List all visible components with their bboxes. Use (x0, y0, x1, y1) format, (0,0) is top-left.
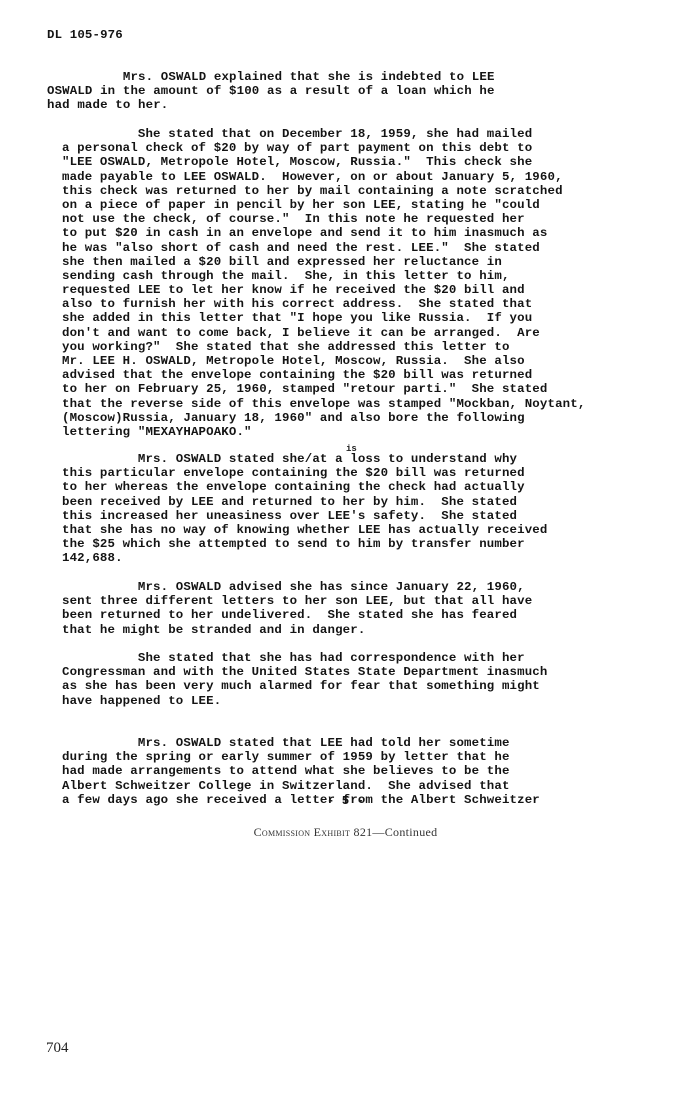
exhibit-number: 821 (354, 825, 373, 839)
text-line: advised that the envelope containing the… (62, 368, 585, 382)
text-line: not use the check, of course." In this n… (62, 212, 585, 226)
text-line: made payable to LEE OSWALD. However, on … (62, 170, 585, 184)
text-line: had made arrangements to attend what she… (62, 764, 540, 778)
paragraph-loan: Mrs. OSWALD explained that she is indebt… (47, 70, 495, 113)
text-line: have happened to LEE. (62, 694, 547, 708)
text-line: She stated that on December 18, 1959, sh… (62, 127, 585, 141)
exhibit-prefix: Commission Exhibit (254, 825, 351, 839)
book-page-number: 704 (46, 1040, 69, 1057)
text-line: Mrs. OSWALD stated she/at a loss to unde… (62, 452, 547, 466)
text-line: OSWALD in the amount of $100 as a result… (47, 84, 495, 98)
text-line: "LEE OSWALD, Metropole Hotel, Moscow, Ru… (62, 155, 585, 169)
page-marker: - 5 - (0, 794, 691, 808)
text-line: been received by LEE and returned to her… (62, 495, 547, 509)
paragraph-undelivered-letters: Mrs. OSWALD advised she has since Januar… (62, 580, 532, 637)
text-line: lettering "MEXAYHAPOAKO." (62, 425, 585, 439)
document-page: DL 105-976 Mrs. OSWALD explained that sh… (0, 0, 691, 1094)
text-line: Mr. LEE H. OSWALD, Metropole Hotel, Mosc… (62, 354, 585, 368)
text-line: she then mailed a $20 bill and expressed… (62, 255, 585, 269)
text-line: she added in this letter that "I hope yo… (62, 311, 585, 325)
text-line: this particular envelope containing the … (62, 466, 547, 480)
text-line: that the reverse side of this envelope w… (62, 397, 585, 411)
text-line: sent three different letters to her son … (62, 594, 532, 608)
text-line: been returned to her undelivered. She st… (62, 608, 532, 622)
text-line: don't and want to come back, I believe i… (62, 326, 585, 340)
text-line: to put $20 in cash in an envelope and se… (62, 226, 585, 240)
text-line: to her on February 25, 1960, stamped "re… (62, 382, 585, 396)
text-line: during the spring or early summer of 195… (62, 750, 540, 764)
text-line: 142,688. (62, 551, 547, 565)
text-line: he was "also short of cash and need the … (62, 241, 585, 255)
text-line: on a piece of paper in pencil by her son… (62, 198, 585, 212)
text-line: that she has no way of knowing whether L… (62, 523, 547, 537)
text-line: Mrs. OSWALD advised she has since Januar… (62, 580, 532, 594)
paragraph-returned-envelope: Mrs. OSWALD stated she/at a loss to unde… (62, 452, 547, 566)
text-line: that he might be stranded and in danger. (62, 623, 532, 637)
text-line: Mrs. OSWALD stated that LEE had told her… (62, 736, 540, 750)
text-line: also to furnish her with his correct add… (62, 297, 585, 311)
text-line: a personal check of $20 by way of part p… (62, 141, 585, 155)
text-line: sending cash through the mail. She, in t… (62, 269, 585, 283)
exhibit-caption: Commission Exhibit 821—Continued (0, 825, 691, 840)
text-line: you working?" She stated that she addres… (62, 340, 585, 354)
text-line: (Moscow)Russia, January 18, 1960" and al… (62, 411, 585, 425)
text-line: Congressman and with the United States S… (62, 665, 547, 679)
text-line: requested LEE to let her know if he rece… (62, 283, 585, 297)
text-line: this check was returned to her by mail c… (62, 184, 585, 198)
paragraph-correspondence: She stated that she has had corresponden… (62, 651, 547, 708)
text-line: Albert Schweitzer College in Switzerland… (62, 779, 540, 793)
text-line: this increased her uneasiness over LEE's… (62, 509, 547, 523)
text-line: She stated that she has had corresponden… (62, 651, 547, 665)
text-line: to her whereas the envelope containing t… (62, 480, 547, 494)
text-line: had made to her. (47, 98, 495, 112)
paragraph-check-and-letter: She stated that on December 18, 1959, sh… (62, 127, 585, 439)
file-number: DL 105-976 (47, 28, 123, 42)
text-line: Mrs. OSWALD explained that she is indebt… (47, 70, 495, 84)
text-line: the $25 which she attempted to send to h… (62, 537, 547, 551)
text-line: as she has been very much alarmed for fe… (62, 679, 547, 693)
exhibit-suffix: —Continued (372, 825, 437, 839)
